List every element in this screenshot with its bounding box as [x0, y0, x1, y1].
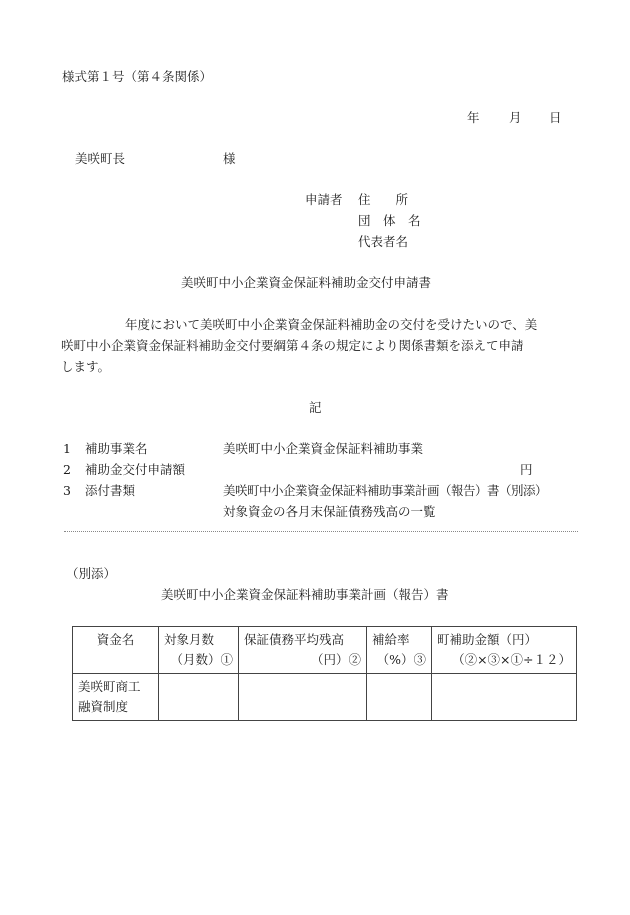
date-day-label: 日 — [549, 112, 562, 125]
applicant-address-label: 住 所 — [358, 194, 408, 207]
item-1-number: 1 — [63, 443, 71, 456]
table-header-row: 資金名 対象月数 （月数）① 保証債務平均残高 （円）② 補給率 （%）③ 町補… — [73, 627, 577, 674]
section-divider — [64, 531, 578, 532]
applicant-label: 申請者 — [305, 194, 343, 207]
item-2-label: 補助金交付申請額 — [85, 464, 185, 477]
item-3-label: 添付書類 — [85, 485, 135, 498]
header-amount: 町補助金額（円） （②×③×①÷１２） — [432, 627, 577, 674]
item-1-value: 美咲町中小企業資金保証料補助事業 — [223, 443, 423, 456]
item-3-value-2: 対象資金の各月末保証債務残高の一覧 — [223, 506, 436, 519]
header-months: 対象月数 （月数）① — [159, 627, 239, 674]
cell-months[interactable] — [159, 674, 239, 721]
cell-balance[interactable] — [239, 674, 367, 721]
date-year-label: 年 — [467, 112, 480, 125]
plan-table: 資金名 対象月数 （月数）① 保証債務平均残高 （円）② 補給率 （%）③ 町補… — [72, 626, 577, 721]
document-title: 美咲町中小企業資金保証料補助金交付申請書 — [181, 277, 431, 290]
header-fund-name: 資金名 — [73, 627, 159, 674]
form-number: 様式第１号（第４条関係） — [62, 71, 212, 84]
addressee-honorific: 様 — [223, 153, 236, 166]
attachment-label: （別添） — [66, 568, 116, 581]
body-line-2: 咲町中小企業資金保証料補助金交付要綱第４条の規定により関係書類を添えて申請 — [61, 340, 524, 353]
body-line-1: 年度において美咲町中小企業資金保証料補助金の交付を受けたいので、美 — [125, 319, 537, 332]
addressee-name: 美咲町長 — [75, 153, 125, 166]
header-rate: 補給率 （%）③ — [367, 627, 432, 674]
applicant-representative-label: 代表者名 — [358, 236, 408, 249]
applicant-organization-label: 団 体 名 — [358, 215, 421, 228]
item-2-number: 2 — [63, 464, 71, 477]
cell-rate[interactable] — [367, 674, 432, 721]
item-3-number: 3 — [63, 485, 71, 498]
header-balance: 保証債務平均残高 （円）② — [239, 627, 367, 674]
cell-amount[interactable] — [432, 674, 577, 721]
item-3-value: 美咲町中小企業資金保証料補助事業計画（報告）書（別添） — [223, 485, 547, 498]
item-2-value: 円 — [520, 464, 533, 477]
body-line-3: します。 — [61, 361, 110, 374]
date-month-label: 月 — [509, 112, 522, 125]
item-1-label: 補助事業名 — [85, 443, 148, 456]
cell-fund-name: 美咲町商工 融資制度 — [73, 674, 159, 721]
attachment-title: 美咲町中小企業資金保証料補助事業計画（報告）書 — [161, 589, 449, 602]
table-row: 美咲町商工 融資制度 — [73, 674, 577, 721]
ki-heading: 記 — [309, 402, 322, 415]
